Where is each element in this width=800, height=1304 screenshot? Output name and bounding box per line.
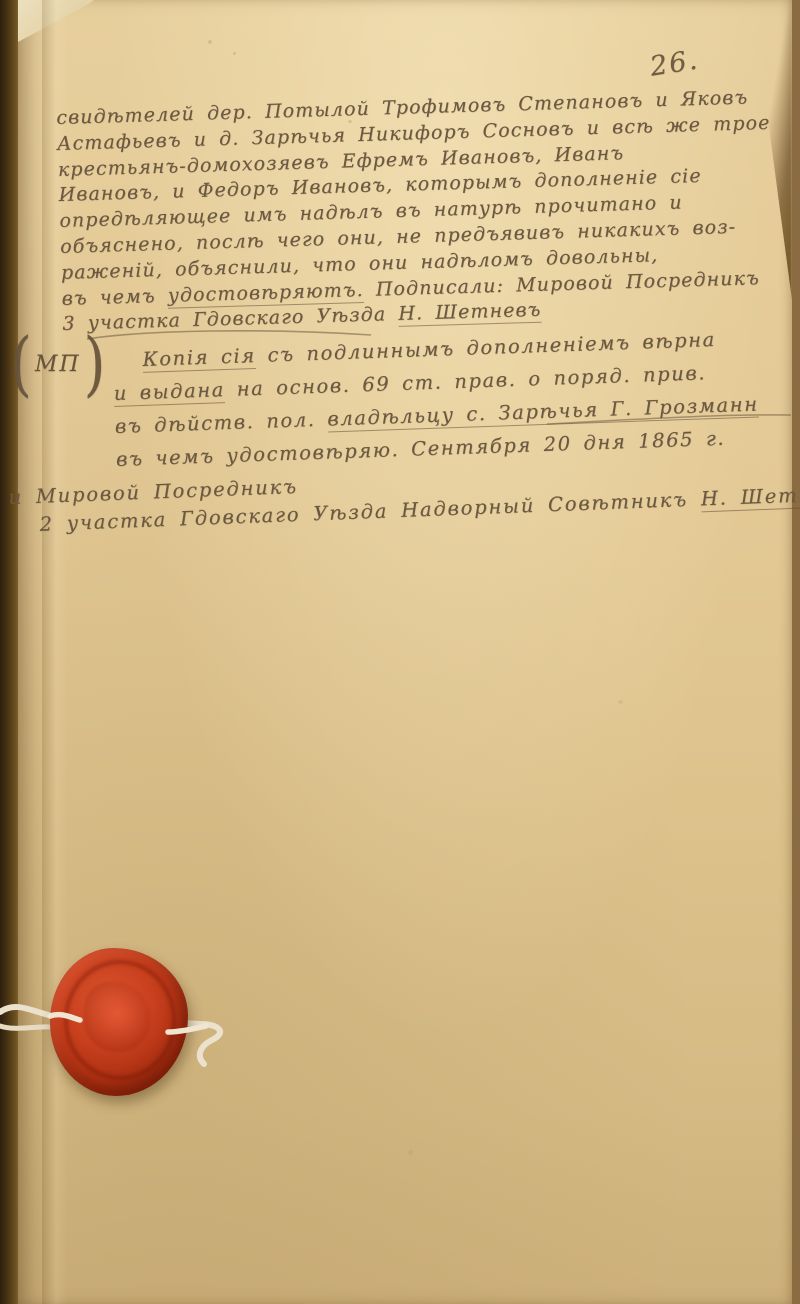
seal-cord-front-icon xyxy=(0,940,260,1120)
seal-place-label: МП xyxy=(32,352,84,377)
handwritten-text: въ дѣйств. пол. xyxy=(114,408,327,438)
underlined-text: и выдана xyxy=(113,378,225,407)
seal-area xyxy=(0,940,260,1120)
underlined-text: Н. Шетневъ xyxy=(700,482,800,513)
paper-stain xyxy=(618,700,623,704)
paper-stain xyxy=(408,1150,413,1155)
certification-paragraph: Копія сія съ подлиннымъ дополненіемъ вѣр… xyxy=(112,320,800,476)
underlined-text: Копія сія xyxy=(142,344,256,373)
handwritten-text: въ чемъ xyxy=(61,284,168,309)
photo-background: 26. свидѣтелей дер. Потылой Трофимовъ Ст… xyxy=(0,0,800,1304)
paper-stain xyxy=(208,40,212,44)
paper-stain xyxy=(233,52,236,55)
main-paragraph: свидѣтелей дер. Потылой Трофимовъ Степан… xyxy=(56,84,793,338)
underlined-text: Н. Шетневъ xyxy=(398,299,542,327)
seal-place-note: ( МП ) xyxy=(10,352,105,377)
